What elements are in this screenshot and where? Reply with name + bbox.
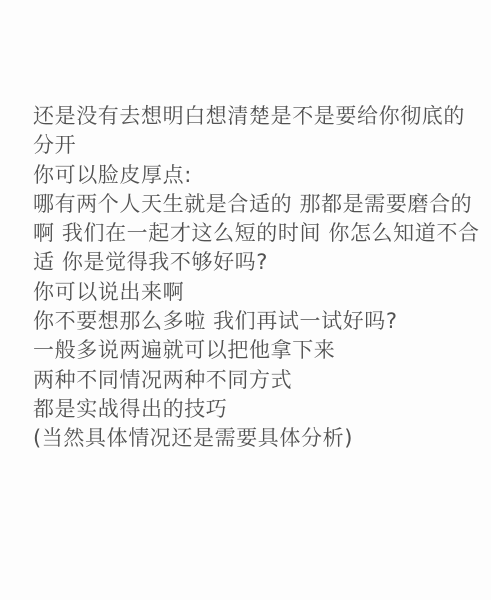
text-line: 啊 我们在一起才这么短的时间 你怎么知道不合 [33, 219, 463, 248]
text-line: 分开 [33, 131, 463, 160]
text-line: 你可以脸皮厚点: [33, 161, 463, 190]
text-line: 还是没有去想明白想清楚是不是要给你彻底的 [33, 102, 463, 131]
text-note: 还是没有去想明白想清楚是不是要给你彻底的 分开 你可以脸皮厚点: 哪有两个人天生… [0, 0, 491, 600]
text-line: 一般多说两遍就可以把他拿下来 [33, 336, 463, 365]
text-line: 都是实战得出的技巧 [33, 395, 463, 424]
text-line: 你可以说出来啊 [33, 278, 463, 307]
text-line: 两种不同情况两种不同方式 [33, 366, 463, 395]
text-line: 哪有两个人天生就是合适的 那都是需要磨合的 [33, 190, 463, 219]
text-line: 你不要想那么多啦 我们再试一试好吗? [33, 307, 463, 336]
text-line: (当然具体情况还是需要具体分析) [33, 424, 463, 453]
text-line: 适 你是觉得我不够好吗? [33, 248, 463, 277]
